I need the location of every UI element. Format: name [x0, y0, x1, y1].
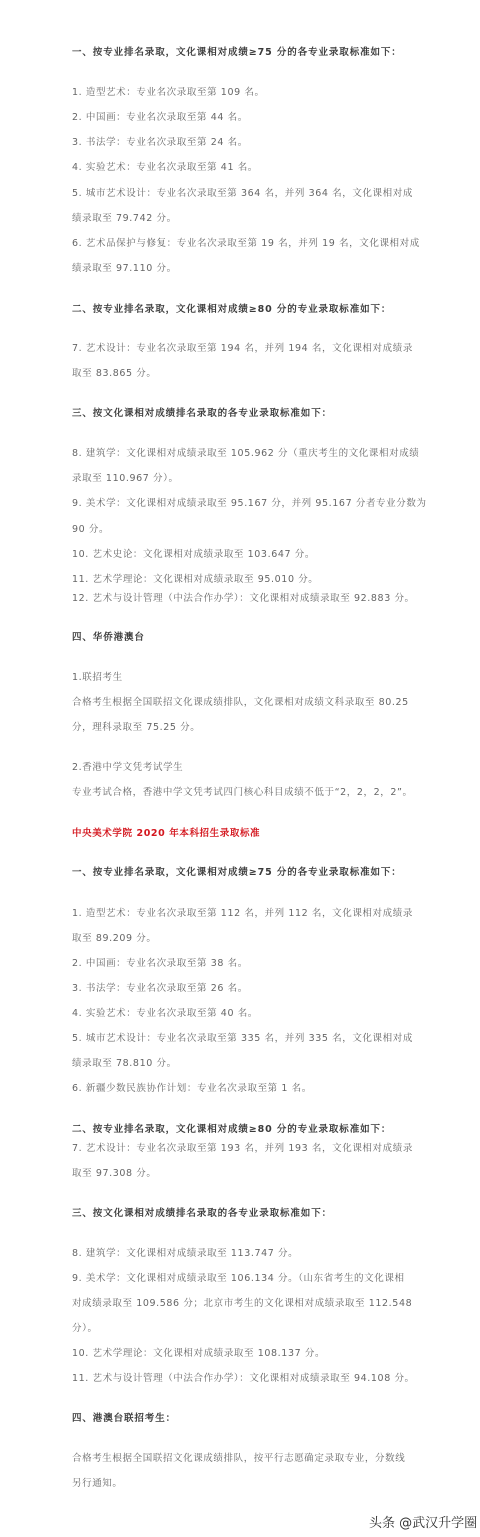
section-heading: 一、按专业排名录取，文化课相对成绩≥75 分的各专业录取标准如下：	[72, 867, 412, 879]
section-heading: 三、按文化课相对成绩排名录取的各专业录取标准如下：	[72, 408, 412, 420]
list-item: 12. 艺术与设计管理（中法合作办学）：文化课相对成绩录取至 92.883 分。	[72, 593, 412, 605]
list-item: 8. 建筑学：文化课相对成绩录取至 105.962 分（重庆考生的文化课相对成绩	[72, 448, 412, 460]
list-item: 11. 艺术学理论：文化课相对成绩录取至 95.010 分。	[72, 574, 412, 586]
paragraph: 合格考生根据全国联招文化课成绩排队，文化课相对成绩文科录取至 80.25	[72, 697, 412, 709]
section-heading: 三、按文化课相对成绩排名录取的各专业录取标准如下：	[72, 1208, 412, 1220]
section-heading: 四、华侨港澳台	[72, 632, 412, 644]
section-heading: 四、港澳台联招考生：	[72, 1413, 412, 1425]
list-item-continued: 取至 89.209 分。	[72, 933, 412, 945]
section-heading: 二、按专业排名录取，文化课相对成绩≥80 分的专业录取标准如下：	[72, 1124, 412, 1136]
list-item-continued: 分）。	[72, 1323, 412, 1335]
paragraph: 合格考生根据全国联招文化课成绩排队，按平行志愿确定录取专业，分数线	[72, 1453, 412, 1465]
list-item-continued: 录取至 110.967 分）。	[72, 473, 412, 485]
list-item: 10. 艺术史论：文化课相对成绩录取至 103.647 分。	[72, 549, 412, 561]
list-item: 2. 中国画：专业名次录取至第 38 名。	[72, 958, 412, 970]
list-item-continued: 取至 83.865 分。	[72, 368, 412, 380]
list-item: 6. 艺术品保护与修复：专业名次录取至第 19 名，并列 19 名，文化课相对成	[72, 238, 412, 250]
list-item-continued: 取至 97.308 分。	[72, 1168, 412, 1180]
paragraph: 专业考试合格，香港中学文凭考试四门核心科目成绩不低于“2，2，2，2”。	[72, 787, 412, 799]
list-item: 3. 书法学：专业名次录取至第 24 名。	[72, 137, 412, 149]
list-item: 4. 实验艺术：专业名次录取至第 40 名。	[72, 1008, 412, 1020]
list-item: 1. 造型艺术：专业名次录取至第 109 名。	[72, 87, 412, 99]
list-item: 3. 书法学：专业名次录取至第 26 名。	[72, 983, 412, 995]
list-item: 7. 艺术设计：专业名次录取至第 194 名，并列 194 名，文化课相对成绩录	[72, 343, 412, 355]
list-item: 7. 艺术设计：专业名次录取至第 193 名，并列 193 名，文化课相对成绩录	[72, 1143, 412, 1155]
watermark: 头条 @武汉升学圈	[369, 1512, 477, 1531]
list-item: 6. 新疆少数民族协作计划：专业名次录取至第 1 名。	[72, 1083, 412, 1095]
sub-heading: 2.香港中学文凭考试学生	[72, 762, 412, 774]
list-item: 1. 造型艺术：专业名次录取至第 112 名，并列 112 名，文化课相对成绩录	[72, 908, 412, 920]
list-item-continued: 绩录取至 78.810 分。	[72, 1058, 412, 1070]
list-item: 9. 美术学：文化课相对成绩录取至 106.134 分。（山东省考生的文化课相	[72, 1273, 412, 1285]
document-title: 中央美术学院 2020 年本科招生录取标准	[72, 828, 412, 840]
list-item-continued: 绩录取至 79.742 分。	[72, 213, 412, 225]
paragraph-continued: 分，理科录取至 75.25 分。	[72, 722, 412, 734]
list-item: 9. 美术学：文化课相对成绩录取至 95.167 分，并列 95.167 分者专…	[72, 498, 412, 510]
list-item: 4. 实验艺术：专业名次录取至第 41 名。	[72, 162, 412, 174]
list-item: 5. 城市艺术设计：专业名次录取至第 335 名，并列 335 名，文化课相对成	[72, 1033, 412, 1045]
section-heading: 二、按专业排名录取，文化课相对成绩≥80 分的专业录取标准如下：	[72, 304, 412, 316]
list-item: 8. 建筑学：文化课相对成绩录取至 113.747 分。	[72, 1248, 412, 1260]
list-item-continued: 90 分。	[72, 524, 412, 536]
paragraph-continued: 另行通知。	[72, 1478, 412, 1490]
list-item: 5. 城市艺术设计：专业名次录取至第 364 名，并列 364 名，文化课相对成	[72, 188, 412, 200]
sub-heading: 1.联招考生	[72, 672, 412, 684]
list-item: 10. 艺术学理论：文化课相对成绩录取至 108.137 分。	[72, 1348, 412, 1360]
list-item: 11. 艺术与设计管理（中法合作办学）：文化课相对成绩录取至 94.108 分。	[72, 1373, 412, 1385]
list-item-continued: 绩录取至 97.110 分。	[72, 263, 412, 275]
list-item: 2. 中国画：专业名次录取至第 44 名。	[72, 112, 412, 124]
list-item-continued: 对成绩录取至 109.586 分；北京市考生的文化课相对成绩录取至 112.54…	[72, 1298, 412, 1310]
section-heading: 一、按专业排名录取，文化课相对成绩≥75 分的各专业录取标准如下：	[72, 47, 412, 59]
